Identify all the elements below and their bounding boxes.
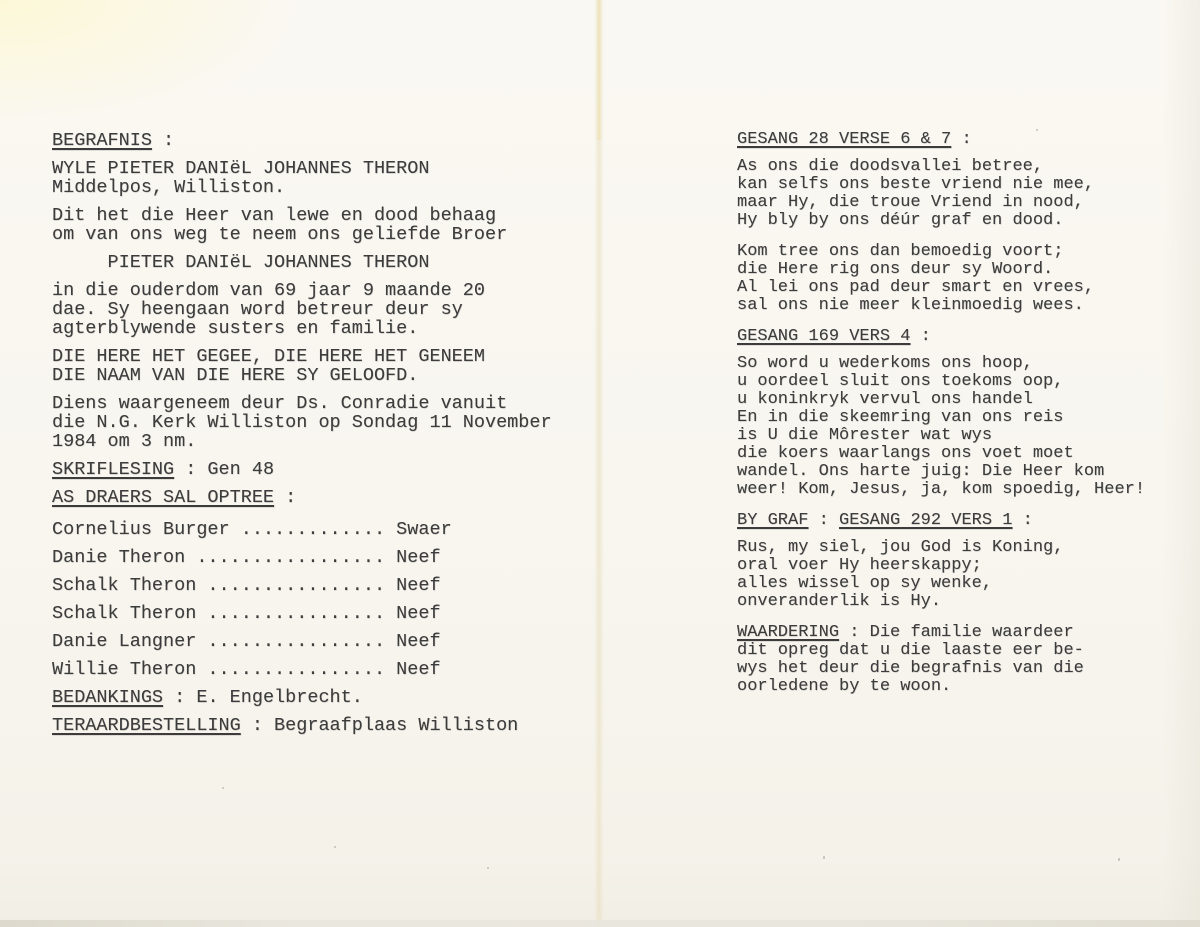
- section-heading: GESANG 28 VERSE 6 & 7 :: [737, 131, 1167, 149]
- heading-suffix: :: [274, 487, 296, 508]
- label-value: : Gen 48: [174, 459, 274, 480]
- pallbearer-list: Cornelius Burger ............. SwaerDani…: [52, 516, 582, 684]
- dual-section-heading: BY GRAF : GESANG 292 VERS 1 :: [737, 512, 1167, 530]
- heading-text: AS DRAERS SAL OPTREE: [52, 487, 274, 508]
- scan-right-edge-shade: [1162, 0, 1200, 927]
- labeled-paragraph: WAARDERING : Die familie waardeerdit opr…: [737, 624, 1167, 696]
- heading-suffix: :: [951, 130, 971, 149]
- label-value: : E. Engelbrecht.: [163, 687, 363, 708]
- dust-speck: [1118, 858, 1120, 861]
- text-line: wandel. Ons harte juig: Die Heer kom: [737, 463, 1167, 481]
- center-fold-crease: [594, 0, 604, 927]
- text-line: Diens waargeneem deur Ds. Conradie vanui…: [52, 394, 582, 413]
- text-line: Kom tree ons dan bemoedig voort;: [737, 243, 1167, 261]
- text-line: 1984 om 3 nm.: [52, 432, 582, 451]
- label-rest: : Die familie waardeer: [839, 623, 1074, 642]
- text-line: sal ons nie meer kleinmoedig wees.: [737, 297, 1167, 315]
- dust-speck: [222, 787, 224, 789]
- text-line: WYLE PIETER DANIëL JOHANNES THERON: [52, 159, 582, 178]
- left-page: BEGRAFNIS :WYLE PIETER DANIëL JOHANNES T…: [52, 131, 582, 740]
- heading-suffix: :: [152, 130, 174, 151]
- text-line: dit opreg dat u die laaste eer be-: [737, 642, 1167, 660]
- heading-separator: :: [808, 511, 839, 530]
- text-line: die Here rig ons deur sy Woord.: [737, 261, 1167, 279]
- paragraph: So word u wederkoms ons hoop,u oordeel s…: [737, 355, 1167, 499]
- text-line: die koers waarlangs ons voet moet: [737, 445, 1167, 463]
- text-line: oorledene by te woon.: [737, 678, 1167, 696]
- label-text: BEDANKINGS: [52, 687, 163, 708]
- text-line: weer! Kom, Jesus, ja, kom spoedig, Heer!: [737, 481, 1167, 499]
- pallbearer-row: Danie Langner ................ Neef: [52, 628, 582, 656]
- paragraph: WYLE PIETER DANIëL JOHANNES THERONMiddel…: [52, 159, 582, 197]
- scanned-funeral-program: BEGRAFNIS :WYLE PIETER DANIëL JOHANNES T…: [0, 0, 1200, 927]
- text-line: onveranderlik is Hy.: [737, 593, 1167, 611]
- text-line: alles wissel op sy wenke,: [737, 575, 1167, 593]
- text-line: Al lei ons pad deur smart en vrees,: [737, 279, 1167, 297]
- text-line: So word u wederkoms ons hoop,: [737, 355, 1167, 373]
- dust-speck: [823, 856, 825, 859]
- paragraph: As ons die doodsvallei betree,kan selfs …: [737, 158, 1167, 230]
- scan-bottom-edge-shadow: [0, 920, 1200, 927]
- text-line: is U die Môrester wat wys: [737, 427, 1167, 445]
- paragraph: Dit het die Heer van lewe en dood behaag…: [52, 206, 582, 244]
- text-line: Hy bly by ons déúr graf en dood.: [737, 212, 1167, 230]
- text-line: dae. Sy heengaan word betreur deur sy: [52, 300, 582, 319]
- text-line: Rus, my siel, jou God is Koning,: [737, 539, 1167, 557]
- paragraph: DIE HERE HET GEGEE, DIE HERE HET GENEEMD…: [52, 347, 582, 385]
- scan-tint-topleft: [0, 0, 300, 130]
- labeled-line: TERAARDBESTELLING : Begraafplaas Willist…: [52, 712, 582, 740]
- heading-text: GESANG 292 VERS 1: [839, 511, 1012, 530]
- heading-suffix: :: [910, 327, 930, 346]
- text-line: in die ouderdom van 69 jaar 9 maande 20: [52, 281, 582, 300]
- pallbearer-row: Schalk Theron ................ Neef: [52, 572, 582, 600]
- section-heading: AS DRAERS SAL OPTREE :: [52, 488, 582, 507]
- dust-speck: [487, 867, 489, 869]
- label-text: TERAARDBESTELLING: [52, 715, 241, 736]
- text-line: agterblywende susters en familie.: [52, 319, 582, 338]
- pallbearer-row: Schalk Theron ................ Neef: [52, 600, 582, 628]
- text-line: En in die skeemring van ons reis: [737, 409, 1167, 427]
- paragraph: Diens waargeneem deur Ds. Conradie vanui…: [52, 394, 582, 451]
- text-line: maar Hy, die troue Vriend in nood,: [737, 194, 1167, 212]
- pallbearer-row: Willie Theron ................ Neef: [52, 656, 582, 684]
- paragraph: in die ouderdom van 69 jaar 9 maande 20d…: [52, 281, 582, 338]
- heading-text: GESANG 169 VERS 4: [737, 327, 910, 346]
- label-value: : Begraafplaas Williston: [241, 715, 519, 736]
- text-line: om van ons weg te neem ons geliefde Broe…: [52, 225, 582, 244]
- right-page: GESANG 28 VERSE 6 & 7 :As ons die doodsv…: [737, 131, 1167, 709]
- text-line: wys het deur die begrafnis van die: [737, 660, 1167, 678]
- text-line: DIE NAAM VAN DIE HERE SY GELOOFD.: [52, 366, 582, 385]
- paragraph: Rus, my siel, jou God is Koning,oral voe…: [737, 539, 1167, 611]
- text-line: PIETER DANIëL JOHANNES THERON: [108, 253, 583, 272]
- pallbearer-row: Cornelius Burger ............. Swaer: [52, 516, 582, 544]
- text-line: Middelpos, Williston.: [52, 178, 582, 197]
- text-line: Dit het die Heer van lewe en dood behaag: [52, 206, 582, 225]
- section-heading: BEGRAFNIS :: [52, 131, 582, 150]
- text-line: DIE HERE HET GEGEE, DIE HERE HET GENEEM: [52, 347, 582, 366]
- text-line: WAARDERING : Die familie waardeer: [737, 624, 1167, 642]
- section-heading: GESANG 169 VERS 4 :: [737, 328, 1167, 346]
- center-fold-crease-top: [596, 0, 602, 140]
- labeled-line: SKRIFLESING : Gen 48: [52, 460, 582, 479]
- heading-suffix: :: [1012, 511, 1032, 530]
- heading-text: BY GRAF: [737, 511, 808, 530]
- pallbearer-row: Danie Theron ................. Neef: [52, 544, 582, 572]
- paragraph: PIETER DANIëL JOHANNES THERON: [52, 253, 582, 272]
- text-line: u koninkryk vervul ons handel: [737, 391, 1167, 409]
- heading-text: BEGRAFNIS: [52, 130, 152, 151]
- text-line: die N.G. Kerk Williston op Sondag 11 Nov…: [52, 413, 582, 432]
- dust-speck: [334, 846, 336, 848]
- text-line: u oordeel sluit ons toekoms oop,: [737, 373, 1167, 391]
- text-line: As ons die doodsvallei betree,: [737, 158, 1167, 176]
- labeled-line: BEDANKINGS : E. Engelbrecht.: [52, 684, 582, 712]
- label-text: WAARDERING: [737, 623, 839, 642]
- heading-text: GESANG 28 VERSE 6 & 7: [737, 130, 951, 149]
- text-line: kan selfs ons beste vriend nie mee,: [737, 176, 1167, 194]
- text-line: oral voer Hy heerskappy;: [737, 557, 1167, 575]
- paragraph: Kom tree ons dan bemoedig voort;die Here…: [737, 243, 1167, 315]
- label-text: SKRIFLESING: [52, 459, 174, 480]
